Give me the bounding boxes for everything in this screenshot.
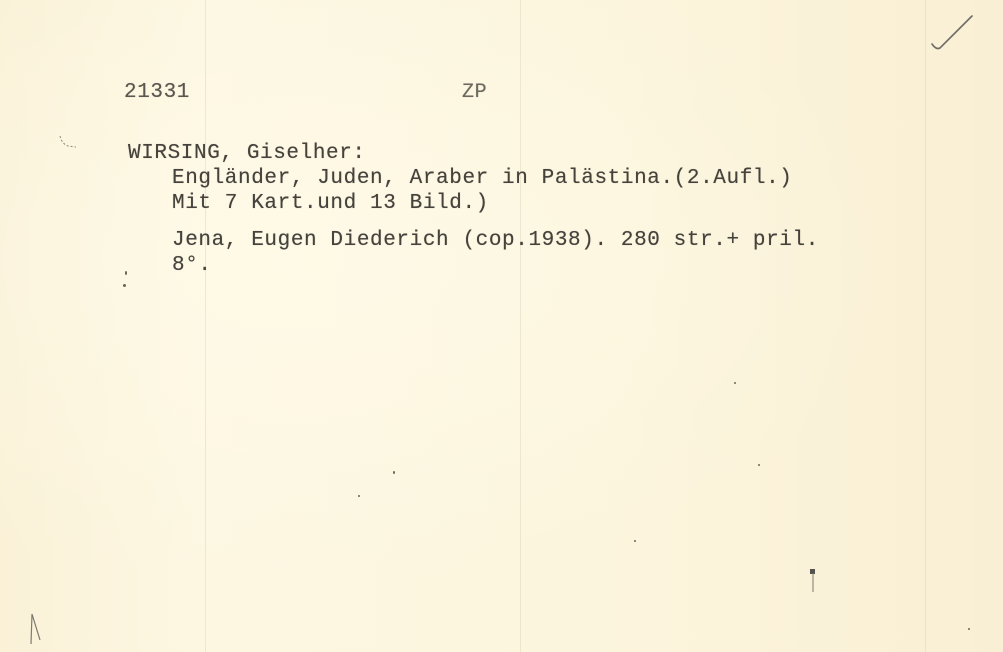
collection-code: ZP bbox=[462, 80, 487, 105]
catalog-card: 21331 ZP WIRSING, Giselher: Engländer, J… bbox=[0, 0, 1003, 652]
format-line: 8°. bbox=[172, 253, 212, 278]
paper-speck bbox=[125, 271, 127, 275]
paper-speck bbox=[393, 471, 395, 474]
paper-speck bbox=[123, 284, 126, 287]
paper-speck bbox=[968, 628, 970, 630]
title-line: Mit 7 Kart.und 13 Bild.) bbox=[172, 191, 489, 216]
paper-speck bbox=[758, 464, 760, 466]
ink-mark-icon bbox=[808, 568, 818, 594]
paper-speck bbox=[634, 540, 636, 542]
paper-speck bbox=[358, 495, 360, 497]
paper-speck bbox=[734, 382, 736, 384]
stray-mark-icon bbox=[58, 134, 80, 152]
pencil-mark-icon bbox=[28, 608, 44, 648]
title-line: Engländer, Juden, Araber in Palästina.(2… bbox=[172, 166, 793, 191]
checkmark-icon bbox=[928, 12, 976, 54]
call-number: 21331 bbox=[124, 80, 190, 105]
paper-texture-line bbox=[925, 0, 926, 652]
author-heading: WIRSING, Giselher: bbox=[128, 141, 366, 166]
paper-texture-line bbox=[205, 0, 206, 652]
imprint-line: Jena, Eugen Diederich (cop.1938). 280 st… bbox=[172, 228, 819, 253]
paper-texture-line bbox=[520, 0, 521, 652]
